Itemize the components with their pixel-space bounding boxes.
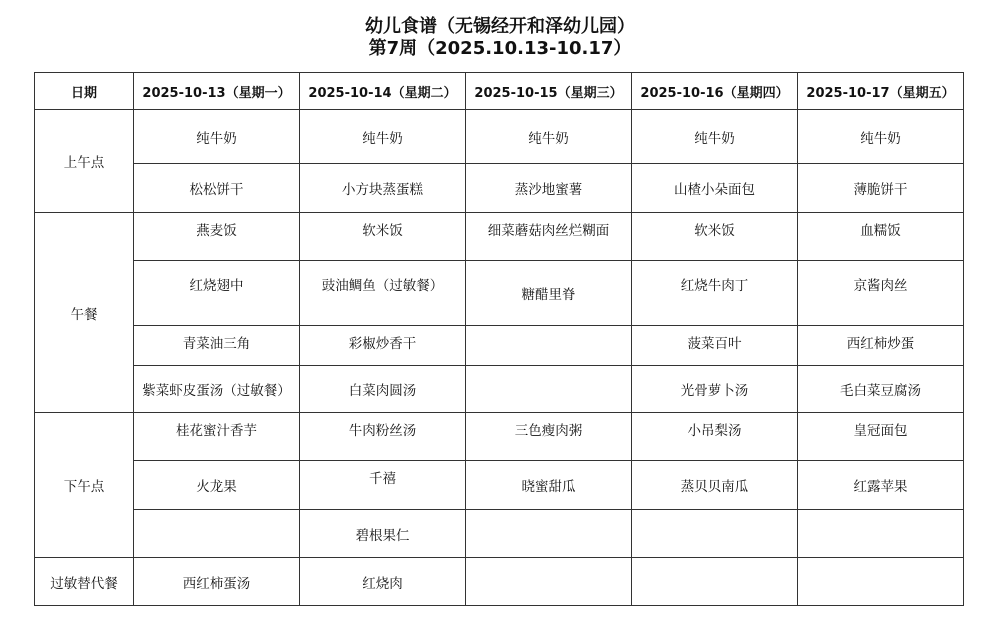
menu-cell: 蒸沙地蜜薯 xyxy=(466,164,632,213)
menu-cell xyxy=(798,558,964,606)
menu-cell: 红烧翅中 xyxy=(134,261,300,326)
menu-cell: 软米饭 xyxy=(300,213,466,261)
menu-cell: 皇冠面包 xyxy=(798,413,964,461)
menu-cell xyxy=(134,510,300,558)
menu-cell: 碧根果仁 xyxy=(300,510,466,558)
day-header-wed: 2025-10-15（星期三） xyxy=(466,73,632,110)
menu-cell: 毛白菜豆腐汤 xyxy=(798,366,964,413)
table-row: 紫菜虾皮蛋汤（过敏餐） 白菜肉圆汤 光骨萝卜汤 毛白菜豆腐汤 xyxy=(35,366,964,413)
day-header-mon: 2025-10-13（星期一） xyxy=(134,73,300,110)
section-label-morning-snack: 上午点 xyxy=(35,110,134,213)
menu-cell: 菠菜百叶 xyxy=(632,326,798,366)
menu-cell: 西红柿炒蛋 xyxy=(798,326,964,366)
table-row: 午餐 燕麦饭 软米饭 细菜蘑菇肉丝烂糊面 软米饭 血糯饭 xyxy=(35,213,964,261)
day-header-thu: 2025-10-16（星期四） xyxy=(632,73,798,110)
menu-cell: 红烧牛肉丁 xyxy=(632,261,798,326)
menu-cell: 糖醋里脊 xyxy=(466,261,632,326)
section-label-lunch: 午餐 xyxy=(35,213,134,413)
menu-cell: 红露苹果 xyxy=(798,461,964,510)
table-row: 火龙果 千禧 晓蜜甜瓜 蒸贝贝南瓜 红露苹果 xyxy=(35,461,964,510)
menu-title: 幼儿食谱（无锡经开和泽幼儿园） xyxy=(0,16,1000,38)
menu-cell: 桂花蜜汁香芋 xyxy=(134,413,300,461)
menu-cell: 彩椒炒香干 xyxy=(300,326,466,366)
section-label-allergy-alternative: 过敏替代餐 xyxy=(35,558,134,606)
menu-cell: 三色瘦肉粥 xyxy=(466,413,632,461)
menu-cell: 西红柿蛋汤 xyxy=(134,558,300,606)
menu-cell: 薄脆饼干 xyxy=(798,164,964,213)
menu-cell: 纯牛奶 xyxy=(466,110,632,164)
menu-cell: 牛肉粉丝汤 xyxy=(300,413,466,461)
menu-cell xyxy=(466,326,632,366)
table-row: 红烧翅中 豉油鲷鱼（过敏餐） 糖醋里脊 红烧牛肉丁 京酱肉丝 xyxy=(35,261,964,326)
menu-cell: 纯牛奶 xyxy=(134,110,300,164)
weekly-menu-table: 日期 2025-10-13（星期一） 2025-10-14（星期二） 2025-… xyxy=(34,72,964,606)
menu-cell: 千禧 xyxy=(300,461,466,510)
menu-cell: 小吊梨汤 xyxy=(632,413,798,461)
day-header-fri: 2025-10-17（星期五） xyxy=(798,73,964,110)
menu-cell: 紫菜虾皮蛋汤（过敏餐） xyxy=(134,366,300,413)
menu-cell xyxy=(632,510,798,558)
table-row: 松松饼干 小方块蒸蛋糕 蒸沙地蜜薯 山楂小朵面包 薄脆饼干 xyxy=(35,164,964,213)
menu-cell xyxy=(466,366,632,413)
table-row: 碧根果仁 xyxy=(35,510,964,558)
table-row: 青菜油三角 彩椒炒香干 菠菜百叶 西红柿炒蛋 xyxy=(35,326,964,366)
menu-cell: 红烧肉 xyxy=(300,558,466,606)
menu-cell: 松松饼干 xyxy=(134,164,300,213)
menu-cell: 蒸贝贝南瓜 xyxy=(632,461,798,510)
menu-cell: 软米饭 xyxy=(632,213,798,261)
date-column-header: 日期 xyxy=(35,73,134,110)
menu-cell xyxy=(798,510,964,558)
table-row: 上午点 纯牛奶 纯牛奶 纯牛奶 纯牛奶 纯牛奶 xyxy=(35,110,964,164)
menu-cell: 白菜肉圆汤 xyxy=(300,366,466,413)
menu-cell: 血糯饭 xyxy=(798,213,964,261)
week-subtitle: 第7周（2025.10.13-10.17） xyxy=(0,38,1000,60)
header-row: 日期 2025-10-13（星期一） 2025-10-14（星期二） 2025-… xyxy=(35,73,964,110)
day-header-tue: 2025-10-14（星期二） xyxy=(300,73,466,110)
menu-cell: 纯牛奶 xyxy=(632,110,798,164)
table-row: 下午点 桂花蜜汁香芋 牛肉粉丝汤 三色瘦肉粥 小吊梨汤 皇冠面包 xyxy=(35,413,964,461)
menu-cell: 火龙果 xyxy=(134,461,300,510)
menu-cell: 山楂小朵面包 xyxy=(632,164,798,213)
menu-cell: 光骨萝卜汤 xyxy=(632,366,798,413)
menu-cell: 青菜油三角 xyxy=(134,326,300,366)
menu-cell: 燕麦饭 xyxy=(134,213,300,261)
menu-cell xyxy=(632,558,798,606)
menu-cell xyxy=(466,510,632,558)
menu-cell: 小方块蒸蛋糕 xyxy=(300,164,466,213)
section-label-afternoon-snack: 下午点 xyxy=(35,413,134,558)
menu-cell: 纯牛奶 xyxy=(798,110,964,164)
menu-cell: 细菜蘑菇肉丝烂糊面 xyxy=(466,213,632,261)
menu-cell: 京酱肉丝 xyxy=(798,261,964,326)
menu-cell xyxy=(466,558,632,606)
menu-cell: 纯牛奶 xyxy=(300,110,466,164)
menu-cell: 豉油鲷鱼（过敏餐） xyxy=(300,261,466,326)
table-row: 过敏替代餐 西红柿蛋汤 红烧肉 xyxy=(35,558,964,606)
menu-cell: 晓蜜甜瓜 xyxy=(466,461,632,510)
